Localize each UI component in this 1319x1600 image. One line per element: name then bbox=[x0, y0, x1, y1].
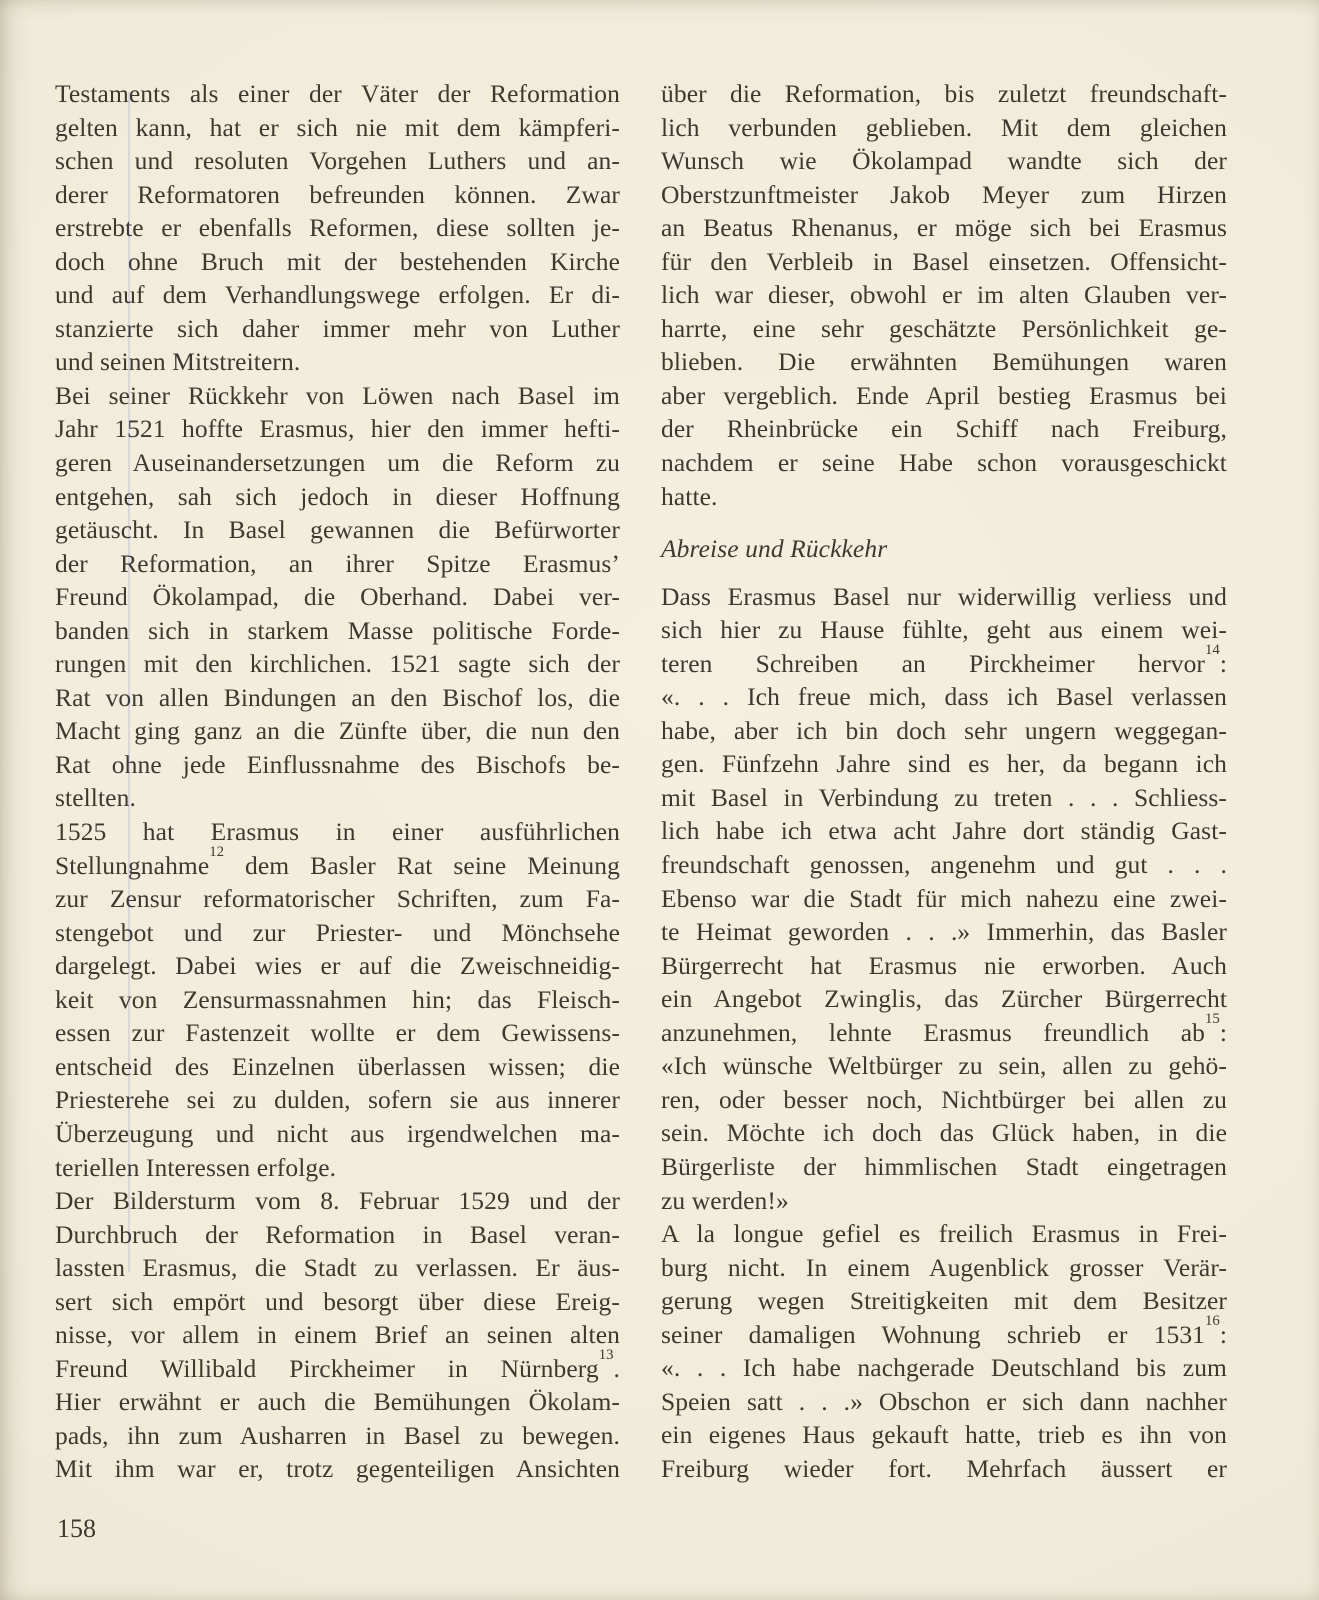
text-line: banden sich in starkem Masse politische … bbox=[55, 614, 620, 648]
text-line: Stellungnahme12 dem Basler Rat seine Mei… bbox=[55, 849, 620, 883]
text-line: über die Reformation, bis zuletzt freund… bbox=[661, 77, 1227, 111]
text-line: A la longue gefiel es freilich Erasmus i… bbox=[661, 1217, 1227, 1251]
text-line: an Beatus Rhenanus, er möge sich bei Era… bbox=[661, 211, 1227, 245]
text-line: doch ohne Bruch mit der bestehenden Kirc… bbox=[55, 245, 620, 279]
text-line: Rat von allen Bindungen an den Bischof l… bbox=[55, 681, 620, 715]
text-line: Freiburg wieder fort. Mehrfach äussert e… bbox=[661, 1452, 1227, 1486]
text-line: derer Reformatoren befreunden können. Zw… bbox=[55, 178, 620, 212]
text-line: essen zur Fastenzeit wollte er dem Gewis… bbox=[55, 1016, 620, 1050]
text-line: ein eigenes Haus gekauft hatte, trieb es… bbox=[661, 1418, 1227, 1452]
text-line: seiner damaligen Wohnung schrieb er 1531… bbox=[661, 1318, 1227, 1352]
text-line: stengebot und zur Priester- und Mönchseh… bbox=[55, 916, 620, 950]
text-line: ren, oder besser noch, Nichtbürger bei a… bbox=[661, 1083, 1227, 1117]
text-line: Oberstzunftmeister Jakob Meyer zum Hirze… bbox=[661, 178, 1227, 212]
text-line: Macht ging ganz an die Zünfte über, die … bbox=[55, 714, 620, 748]
text-line: sich hier zu Hause fühlte, geht aus eine… bbox=[661, 613, 1227, 647]
text-line: aber vergeblich. Ende April bestieg Eras… bbox=[661, 379, 1227, 413]
text-line: gerung wegen Streitigkeiten mit dem Besi… bbox=[661, 1284, 1227, 1318]
text-line: Testaments als einer der Väter der Refor… bbox=[55, 77, 620, 111]
text-line: Dass Erasmus Basel nur widerwillig verli… bbox=[661, 580, 1227, 614]
text-line: Freund Ökolampad, die Oberhand. Dabei ve… bbox=[55, 580, 620, 614]
text-line: erstrebte er ebenfalls Reformen, diese s… bbox=[55, 211, 620, 245]
text-line: teriellen Interessen erfolge. bbox=[55, 1151, 620, 1185]
text-line: zu werden!» bbox=[661, 1184, 1227, 1218]
left-column: Testaments als einer der Väter der Refor… bbox=[55, 77, 620, 1486]
right-column: über die Reformation, bis zuletzt freund… bbox=[661, 77, 1227, 1485]
book-page: Testaments als einer der Väter der Refor… bbox=[0, 0, 1319, 1600]
text-line: getäuscht. In Basel gewannen die Befürwo… bbox=[55, 513, 620, 547]
text-line: sein. Möchte ich doch das Glück haben, i… bbox=[661, 1116, 1227, 1150]
paragraph: Der Bildersturm vom 8. Februar 1529 und … bbox=[55, 1184, 620, 1486]
text-line: der Reformation, an ihrer Spitze Erasmus… bbox=[55, 547, 620, 581]
paragraph: Bei seiner Rückkehr von Löwen nach Basel… bbox=[55, 379, 620, 815]
text-line: habe, aber ich bin doch sehr ungern wegg… bbox=[661, 714, 1227, 748]
text-line: anzunehmen, lehnte Erasmus freundlich ab… bbox=[661, 1016, 1227, 1050]
text-line: lich habe ich etwa acht Jahre dort ständ… bbox=[661, 814, 1227, 848]
text-line: «Ich wünsche Weltbürger zu sein, allen z… bbox=[661, 1049, 1227, 1083]
text-line: lich verbunden geblieben. Mit dem gleich… bbox=[661, 111, 1227, 145]
text-line: und auf dem Verhandlungswege erfolgen. E… bbox=[55, 278, 620, 312]
text-line: burg nicht. In einem Augenblick grosser … bbox=[661, 1251, 1227, 1285]
text-line: Jahr 1521 hoffte Erasmus, hier den immer… bbox=[55, 412, 620, 446]
section-heading: Abreise und Rückkehr bbox=[661, 532, 1227, 566]
footnote-marker: 14 bbox=[1205, 642, 1220, 658]
text-line: harrte, eine sehr geschätzte Persönlichk… bbox=[661, 312, 1227, 346]
paragraph: 1525 hat Erasmus in einer ausführlichenS… bbox=[55, 815, 620, 1184]
text-line: dargelegt. Dabei wies er auf die Zweisch… bbox=[55, 949, 620, 983]
text-line: lich war dieser, obwohl er im alten Glau… bbox=[661, 278, 1227, 312]
text-line: geren Auseinandersetzungen um die Reform… bbox=[55, 446, 620, 480]
text-line: Bürgerrecht hat Erasmus nie erworben. Au… bbox=[661, 949, 1227, 983]
text-line: gen. Fünfzehn Jahre sind es her, da bega… bbox=[661, 747, 1227, 781]
text-line: entscheid des Einzelnen überlassen wisse… bbox=[55, 1050, 620, 1084]
text-line: Durchbruch der Reformation in Basel vera… bbox=[55, 1218, 620, 1252]
text-line: Wunsch wie Ökolampad wandte sich der bbox=[661, 144, 1227, 178]
text-line: Bei seiner Rückkehr von Löwen nach Basel… bbox=[55, 379, 620, 413]
text-line: Der Bildersturm vom 8. Februar 1529 und … bbox=[55, 1184, 620, 1218]
text-line: nisse, vor allem in einem Brief an seine… bbox=[55, 1318, 620, 1352]
text-line: für den Verbleib in Basel einsetzen. Off… bbox=[661, 245, 1227, 279]
text-line: mit Basel in Verbindung zu treten . . . … bbox=[661, 781, 1227, 815]
text-line: ein Angebot Zwinglis, das Zürcher Bürger… bbox=[661, 982, 1227, 1016]
paragraph: A la longue gefiel es freilich Erasmus i… bbox=[661, 1217, 1227, 1485]
text-line: 1525 hat Erasmus in einer ausführlichen bbox=[55, 815, 620, 849]
text-line: Mit ihm war er, trotz gegenteiligen Ansi… bbox=[55, 1452, 620, 1486]
footnote-marker: 13 bbox=[599, 1347, 614, 1363]
text-line: Bürgerliste der himmlischen Stadt einget… bbox=[661, 1150, 1227, 1184]
text-line: pads, ihn zum Ausharren in Basel zu bewe… bbox=[55, 1419, 620, 1453]
text-line: keit von Zensurmassnahmen hin; das Fleis… bbox=[55, 983, 620, 1017]
text-line: gelten kann, hat er sich nie mit dem käm… bbox=[55, 111, 620, 145]
text-line: Priesterehe sei zu dulden, sofern sie au… bbox=[55, 1083, 620, 1117]
footnote-marker: 12 bbox=[209, 844, 224, 860]
text-line: sert sich empört und besorgt über diese … bbox=[55, 1285, 620, 1319]
text-line: nachdem er seine Habe schon vorausgeschi… bbox=[661, 446, 1227, 480]
text-line: stellten. bbox=[55, 781, 620, 815]
text-line: der Rheinbrücke ein Schiff nach Freiburg… bbox=[661, 412, 1227, 446]
page-number: 158 bbox=[57, 1512, 96, 1545]
text-line: Überzeugung und nicht aus irgendwelchen … bbox=[55, 1117, 620, 1151]
paragraph: Dass Erasmus Basel nur widerwillig verli… bbox=[661, 580, 1227, 1217]
text-line: lassten Erasmus, die Stadt zu verlassen.… bbox=[55, 1251, 620, 1285]
footnote-marker: 15 bbox=[1205, 1011, 1220, 1027]
text-line: te Heimat geworden . . .» Immerhin, das … bbox=[661, 915, 1227, 949]
text-line: «. . . Ich freue mich, dass ich Basel ve… bbox=[661, 680, 1227, 714]
text-line: Freund Willibald Pirckheimer in Nürnberg… bbox=[55, 1352, 620, 1386]
text-line: Hier erwähnt er auch die Bemühungen Ökol… bbox=[55, 1385, 620, 1419]
text-line: freundschaft genossen, angenehm und gut … bbox=[661, 848, 1227, 882]
text-line: blieben. Die erwähnten Bemühungen waren bbox=[661, 345, 1227, 379]
text-line: Ebenso war die Stadt für mich nahezu ein… bbox=[661, 882, 1227, 916]
text-line: teren Schreiben an Pirckheimer hervor14: bbox=[661, 647, 1227, 681]
text-line: zur Zensur reformatorischer Schriften, z… bbox=[55, 882, 620, 916]
text-line: Rat ohne jede Einflussnahme des Bischofs… bbox=[55, 748, 620, 782]
text-line: und seinen Mitstreitern. bbox=[55, 345, 620, 379]
paragraph: Testaments als einer der Väter der Refor… bbox=[55, 77, 620, 379]
text-line: stanzierte sich daher immer mehr von Lut… bbox=[55, 312, 620, 346]
text-line: hatte. bbox=[661, 480, 1227, 514]
text-line: Speien satt . . .» Obschon er sich dann … bbox=[661, 1385, 1227, 1419]
text-line: schen und resoluten Vorgehen Luthers und… bbox=[55, 144, 620, 178]
text-line: «. . . Ich habe nachgerade Deutschland b… bbox=[661, 1351, 1227, 1385]
paragraph: über die Reformation, bis zuletzt freund… bbox=[661, 77, 1227, 513]
footnote-marker: 16 bbox=[1205, 1313, 1220, 1329]
text-line: entgehen, sah sich jedoch in dieser Hoff… bbox=[55, 480, 620, 514]
text-line: rungen mit den kirchlichen. 1521 sagte s… bbox=[55, 647, 620, 681]
